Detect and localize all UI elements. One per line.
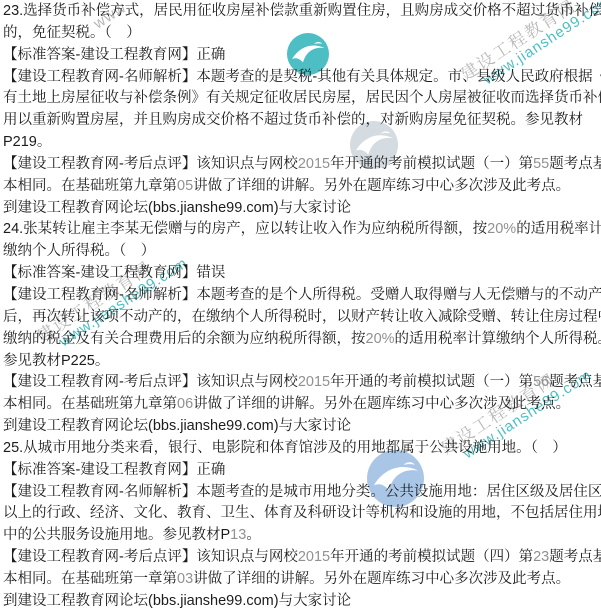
text-line-27: 本相同。在基础班第一章第03讲做了详细的讲解。另外在题库练习中心多次涉及此考点。 [3, 569, 601, 591]
text-line-23: 【建设工程教育网-名师解析】本题考查的是城市用地分类。公共设施用地：居住区级及居… [3, 482, 601, 504]
muted-number: 2015 [298, 549, 330, 565]
text-line-13: 【标准答案-建设工程教育网】错误 [3, 263, 601, 285]
muted-number: 20% [487, 221, 516, 237]
text-segment: 到建设工程教育网论坛(bbs.jianshe99.com)与大家讨论 [3, 200, 351, 216]
muted-number: 23 [533, 549, 549, 565]
muted-number: 56 [533, 374, 549, 390]
text-segment: 缴纳的税金及有关合理费用后的余额为应纳税所得额，按 [3, 331, 366, 347]
text-segment: 到建设工程教育网论坛(bbs.jianshe99.com)与大家讨论 [3, 593, 351, 609]
document-page: 建设工程教育网www.jianshe99.com建设工程教育网www.jians… [0, 0, 601, 614]
text-segment: 缴纳个人所得税。（ ） [3, 243, 155, 259]
text-segment: 年开通的考前模拟试题（四）第 [330, 549, 533, 565]
text-segment: 后，再次转让该项不动产的，在缴纳个人所得税时，以财产转让收入减除受赠、转让住房过… [3, 309, 601, 325]
text-segment: 题考点基 [549, 156, 601, 172]
text-segment: 讲做了详细的讲解。另外在题库练习中心多次涉及此考点。 [193, 178, 570, 194]
text-segment: 【标准答案-建设工程教育网】正确 [3, 462, 225, 478]
text-line-6: 用以重新购置房屋，并且购房成交价格不超过货币补偿的，对新购房屋免征契税。参见教材 [3, 110, 601, 132]
text-segment: 的适用税率计算缴纳个人所得税。 [395, 331, 601, 347]
text-line-10: 到建设工程教育网论坛(bbs.jianshe99.com)与大家讨论 [3, 198, 601, 220]
text-line-25: 中的公共服务设施用地。参见教材P13。 [3, 525, 601, 547]
text-segment: 【建设工程教育网-名师解析】本题考查的是城市用地分类。公共设施用地：居住区级及居… [3, 484, 601, 500]
text-line-14: 【建设工程教育网-名师解析】本题考查的是个人所得税。受赠人取得赠与人无偿赠与的不… [3, 285, 601, 307]
text-segment: 本相同。在基础班第九章第 [3, 178, 177, 194]
text-segment: 【建设工程教育网-考后点评】该知识点与网校 [3, 374, 298, 390]
text-line-12: 缴纳个人所得税。（ ） [3, 241, 601, 263]
text-segment: 【建设工程教育网-名师解析】本题考查的是契税-其他有关具体规定。市、县级人民政府… [3, 69, 601, 85]
text-segment: P219。 [3, 134, 51, 150]
text-segment: 25.从城市用地分类来看，银行、电影院和体育馆涉及的用地都属于公共设施用地。（ … [3, 440, 567, 456]
text-segment: 23.选择货币补偿方式，居民用征收房屋补偿款重新购置住房，且购房成交价格不超过货… [3, 3, 601, 19]
text-segment: 年开通的考前模拟试题（一）第 [330, 374, 533, 390]
text-segment: 本相同。在基础班第九章第 [3, 396, 177, 412]
text-segment: 有土地上房屋征收与补偿条例》有关规定征收居民房屋，居民因个人房屋被征收而选择货币… [3, 90, 601, 106]
text-segment: 【建设工程教育网-名师解析】本题考查的是个人所得税。受赠人取得赠与人无偿赠与的不… [3, 287, 601, 303]
text-line-15: 后，再次转让该项不动产的，在缴纳个人所得税时，以财产转让收入减除受赠、转让住房过… [3, 307, 601, 329]
muted-number: 03 [177, 571, 193, 587]
text-segment: 中的公共服务设施用地。参见教材P [3, 527, 230, 543]
text-segment: 以上的行政、经济、文化、教育、卫生、体育及科研设计等机构和设施的用地，不包括居住… [3, 505, 601, 521]
text-line-16: 缴纳的税金及有关合理费用后的余额为应纳税所得额，按20%的适用税率计算缴纳个人所… [3, 329, 601, 351]
text-line-17: 参见教材P225。 [3, 351, 601, 373]
text-line-20: 到建设工程教育网论坛(bbs.jianshe99.com)与大家讨论 [3, 416, 601, 438]
text-line-4: 【建设工程教育网-名师解析】本题考查的是契税-其他有关具体规定。市、县级人民政府… [3, 67, 601, 89]
text-segment: 题考点基 [549, 549, 601, 565]
text-line-9: 本相同。在基础班第九章第05讲做了详细的讲解。另外在题库练习中心多次涉及此考点。 [3, 176, 601, 198]
muted-number: 05 [177, 178, 193, 194]
text-line-28: 到建设工程教育网论坛(bbs.jianshe99.com)与大家讨论 [3, 591, 601, 613]
text-line-8: 【建设工程教育网-考后点评】该知识点与网校2015年开通的考前模拟试题（一）第5… [3, 154, 601, 176]
text-line-18: 【建设工程教育网-考后点评】该知识点与网校2015年开通的考前模拟试题（一）第5… [3, 372, 601, 394]
text-line-3: 【标准答案-建设工程教育网】正确 [3, 45, 601, 67]
text-segment: 讲做了详细的讲解。另外在题库练习中心多次涉及此考点。 [193, 396, 570, 412]
text-line-5: 有土地上房屋征收与补偿条例》有关规定征收居民房屋，居民因个人房屋被征收而选择货币… [3, 88, 601, 110]
text-segment: 【标准答案-建设工程教育网】错误 [3, 265, 225, 281]
text-segment: 【建设工程教育网-考后点评】该知识点与网校 [3, 156, 298, 172]
text-line-7: P219。 [3, 132, 601, 154]
muted-number: 20% [366, 331, 395, 347]
muted-number: 06 [177, 396, 193, 412]
text-segment: 。 [246, 527, 261, 543]
text-segment: 讲做了详细的讲解。另外在题库练习中心多次涉及此考点。 [193, 571, 570, 587]
muted-number: 13 [230, 527, 246, 543]
document-lines: 23.选择货币补偿方式，居民用征收房屋补偿款重新购置住房，且购房成交价格不超过货… [3, 1, 601, 613]
text-segment: 题考点基 [549, 374, 601, 390]
muted-number: 2015 [298, 156, 330, 172]
text-segment: 到建设工程教育网论坛(bbs.jianshe99.com)与大家讨论 [3, 418, 351, 434]
text-segment: 参见教材P225。 [3, 353, 109, 369]
text-segment: 【建设工程教育网-考后点评】该知识点与网校 [3, 549, 298, 565]
text-line-21: 25.从城市用地分类来看，银行、电影院和体育馆涉及的用地都属于公共设施用地。（ … [3, 438, 601, 460]
text-line-2: 的，免征契税。（ ） [3, 23, 601, 45]
text-segment: 用以重新购置房屋，并且购房成交价格不超过货币补偿的，对新购房屋免征契税。参见教材 [3, 112, 583, 128]
text-segment: 的适用税率计算 [516, 221, 601, 237]
text-line-22: 【标准答案-建设工程教育网】正确 [3, 460, 601, 482]
text-line-19: 本相同。在基础班第九章第06讲做了详细的讲解。另外在题库练习中心多次涉及此考点。 [3, 394, 601, 416]
text-segment: 本相同。在基础班第一章第 [3, 571, 177, 587]
text-line-24: 以上的行政、经济、文化、教育、卫生、体育及科研设计等机构和设施的用地，不包括居住… [3, 503, 601, 525]
text-segment: 的，免征契税。（ ） [3, 25, 141, 41]
muted-number: 2015 [298, 374, 330, 390]
text-line-1: 23.选择货币补偿方式，居民用征收房屋补偿款重新购置住房，且购房成交价格不超过货… [3, 1, 601, 23]
muted-number: 55 [533, 156, 549, 172]
text-line-26: 【建设工程教育网-考后点评】该知识点与网校2015年开通的考前模拟试题（四）第2… [3, 547, 601, 569]
text-segment: 【标准答案-建设工程教育网】正确 [3, 47, 225, 63]
text-segment: 年开通的考前模拟试题（一）第 [330, 156, 533, 172]
text-segment: 24.张某转让雇主李某无偿赠与的房产，应以转让收入作为应纳税所得额，按 [3, 221, 487, 237]
text-line-11: 24.张某转让雇主李某无偿赠与的房产，应以转让收入作为应纳税所得额，按20%的适… [3, 219, 601, 241]
